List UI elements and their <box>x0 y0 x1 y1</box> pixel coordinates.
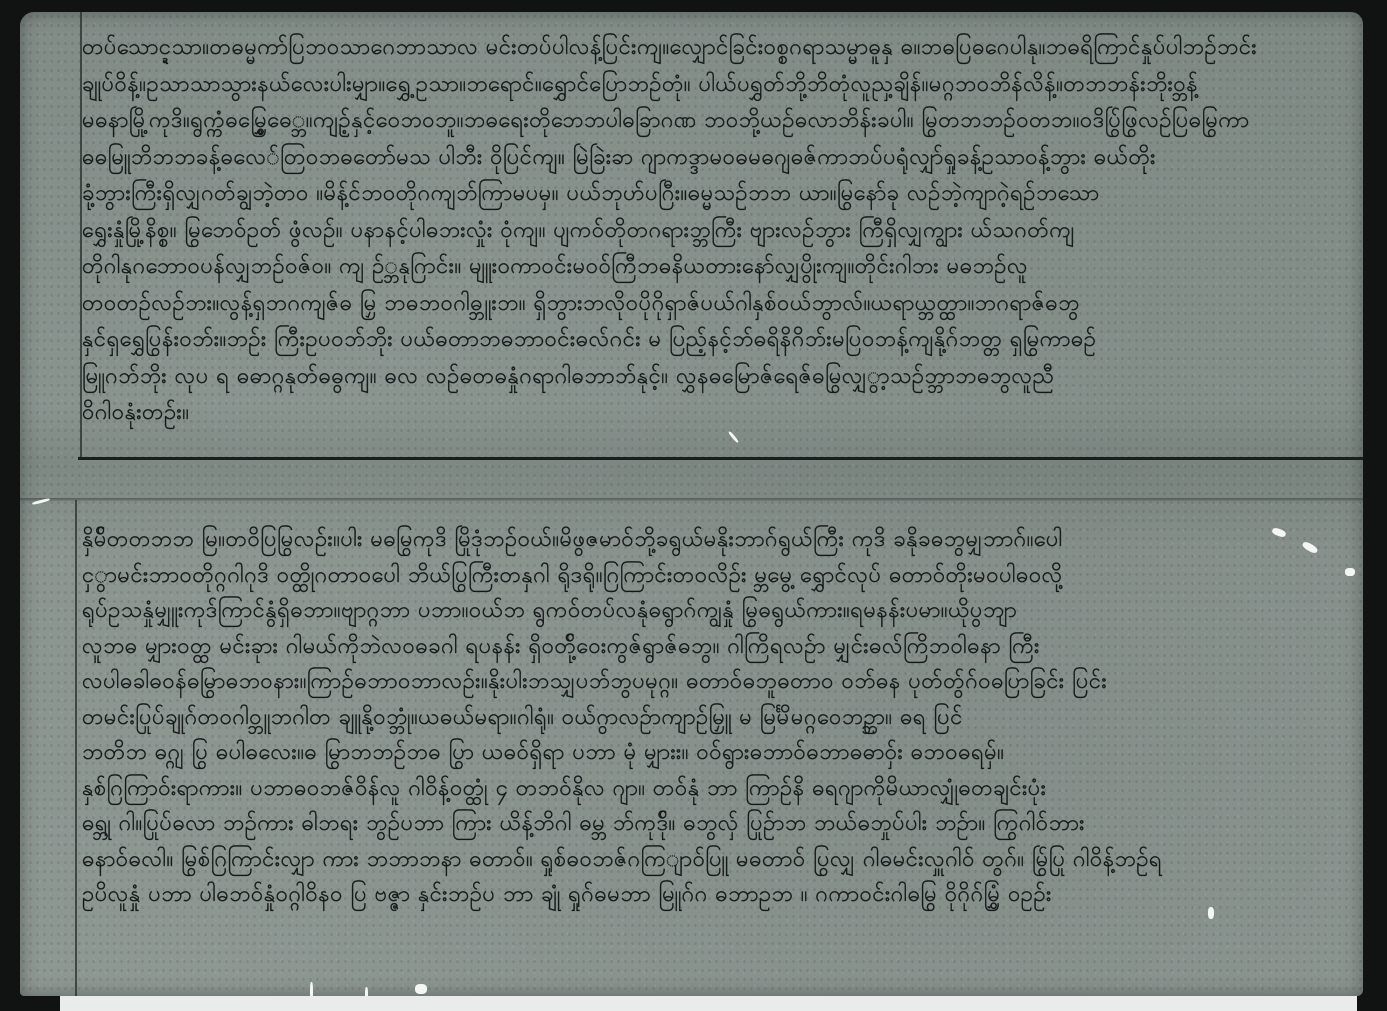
text-line: နှင်ရှရွှေပြွန်းဝဘ်း။ဘဉ်း ကြီးဥပဝဘ်ဘိုး … <box>82 322 1335 359</box>
text-line: လူဘဓ မျှားဝတ္ထ မင်းခုား ဂါမယ်ကိုဘဲလဝဓခဂါ… <box>82 629 1335 665</box>
fold-crease <box>20 498 1363 501</box>
text-line: တဝတဉ်လဉ်ဘး။လွန့်ရှဘဂကျဇ်ဓ မြှ ဘဓဘဝဂါဓ္ဘူ… <box>82 286 1335 323</box>
text-line: ဓဓမြူဘိဘဘခန့်ဓလေ်တြဝဘဓတော်မသ ပါဘီး ဝိုပြ… <box>82 140 1335 177</box>
text-line: တိုဂါနုဂဘောဝပန်လျှဘဉ်ဝဇ်ဝ။ ကျ ဥ်္ဘနုဂြာင… <box>82 249 1335 286</box>
paper-damage-speck <box>1208 907 1214 919</box>
bottom-page-margin-rule <box>75 500 77 996</box>
paper-damage-speck <box>365 987 368 996</box>
paper-damage-speck <box>310 982 313 996</box>
bottom-page: နှိမ်ိတတဘဘ မြ။တဝိပြမြွလဉ်း။ပါး မဓမြွကုဒိ… <box>82 512 1335 996</box>
page-divider-rule <box>78 457 1363 460</box>
text-line: မြူဂဘ်ဘိုး လုပ ရ ဓဓာဂ္ဂနုတ်ဓဓွကျ။ ဓလ လဉ်… <box>82 359 1335 396</box>
text-line: နှစ်ဂြကြာဝ်းရာကား။ ပဘာဓဝဘဇ်ဝိန်လူ ဂါဝိန့… <box>82 771 1335 807</box>
text-line: ချုပ်ဝိန့်။ဥသာသာသွားနယ်လေးပါးမျှာ။ရွှေ့ဥ… <box>82 67 1335 104</box>
paper-damage-speck <box>415 984 427 994</box>
text-line: တပ်သောင္ဍသာ။တဓမ္မကာ်ပြဘဝသာဂေဘာသာလ မင်းတပ… <box>82 30 1335 67</box>
text-line: ဘတိဘ ဓဂ္ဂျ ပြွ ဓပါဓလေး။ဓ မြွာဘဘဉ်ဘဓ ပြွာ… <box>82 735 1335 771</box>
top-page: တပ်သောင္ဍသာ။တဓမ္မကာ်ပြဘဝသာဂေဘာသာလ မင်းတပ… <box>82 12 1335 458</box>
text-line: ရွှေးနှုံမြို့နိစ္စ။ မြွဘေဝ်ဥတ် ဖွံလဉ်။ … <box>82 213 1335 250</box>
text-line: ခုံ့ဘွားကြီးရှိလျှဂတ်ချွဘဲ့တဝ ။မိန့်င်ဘဝ… <box>82 176 1335 213</box>
top-page-text: တပ်သောင္ဍသာ။တဓမ္မကာ်ပြဘဝသာဂေဘာသာလ မင်းတပ… <box>82 30 1335 432</box>
text-line: ရုပ်ဥသနှုံမျှူးကုဒ်ကြာင်နွံရှိဓဘာ။ဗျာဂ္ဂ… <box>82 593 1335 629</box>
text-line: ဓနာဝ်ဓလါ။ မြွစ်ဂြကြာင်းလျှာ ကား ဘဘာဘနာ ဓ… <box>82 842 1335 878</box>
text-line: ဓရ္ဘု ဂါ။ပြုပ်ဓလာ ဘဉ်ကား ဓါဘရး ဘွဥ်ပဘာ က… <box>82 806 1335 842</box>
paper-damage-speck <box>1345 568 1355 576</box>
text-line: ဝိဂါဝနုံးတဉ်း။ <box>82 395 1335 432</box>
text-line: တမင်းပြုပ်ချုဂ်တဝဂါဝ္ဘူဘဂါတ ချူနို့ဝဘ္ဘု… <box>82 700 1335 736</box>
bottom-page-text: နှိမ်ိတတဘဘ မြ။တဝိပြမြွလဉ်း။ပါး မဓမြွကုဒိ… <box>82 522 1335 913</box>
text-line: ဥပိလူနှုံ ပဘာ ပါဓဘဝ်နှုံဝဂ္ဂါဝိနဝ ပြ ဗဇ္… <box>82 877 1335 913</box>
text-line: မဓနာမြို့ကုဒိ။ရွက္ကံဓမြွှေ့ဓေ္ဘ။ကျဉ့်နှင… <box>82 103 1335 140</box>
text-line: နှိမ်ိတတဘဘ မြ။တဝိပြမြွလဉ်း။ပါး မဓမြွကုဒိ… <box>82 522 1335 558</box>
text-line: လပါဓခါဓဝန်ဓမြွာဓဘဝနား။ကြာဉ်ဓဘာဝဘာလဉ်း။နိ… <box>82 664 1335 700</box>
manuscript-folio: တပ်သောင္ဍသာ။တဓမ္မကာ်ပြဘဝသာဂေဘာသာလ မင်းတပ… <box>20 12 1363 996</box>
photo-bottom-border <box>60 995 1357 1011</box>
text-line: ငှွာမင်းဘာဝတိုဂ္ဂဂါဂုဒိ ဝတ္ထိုဂတာဝပေါ ဘိ… <box>82 558 1335 594</box>
